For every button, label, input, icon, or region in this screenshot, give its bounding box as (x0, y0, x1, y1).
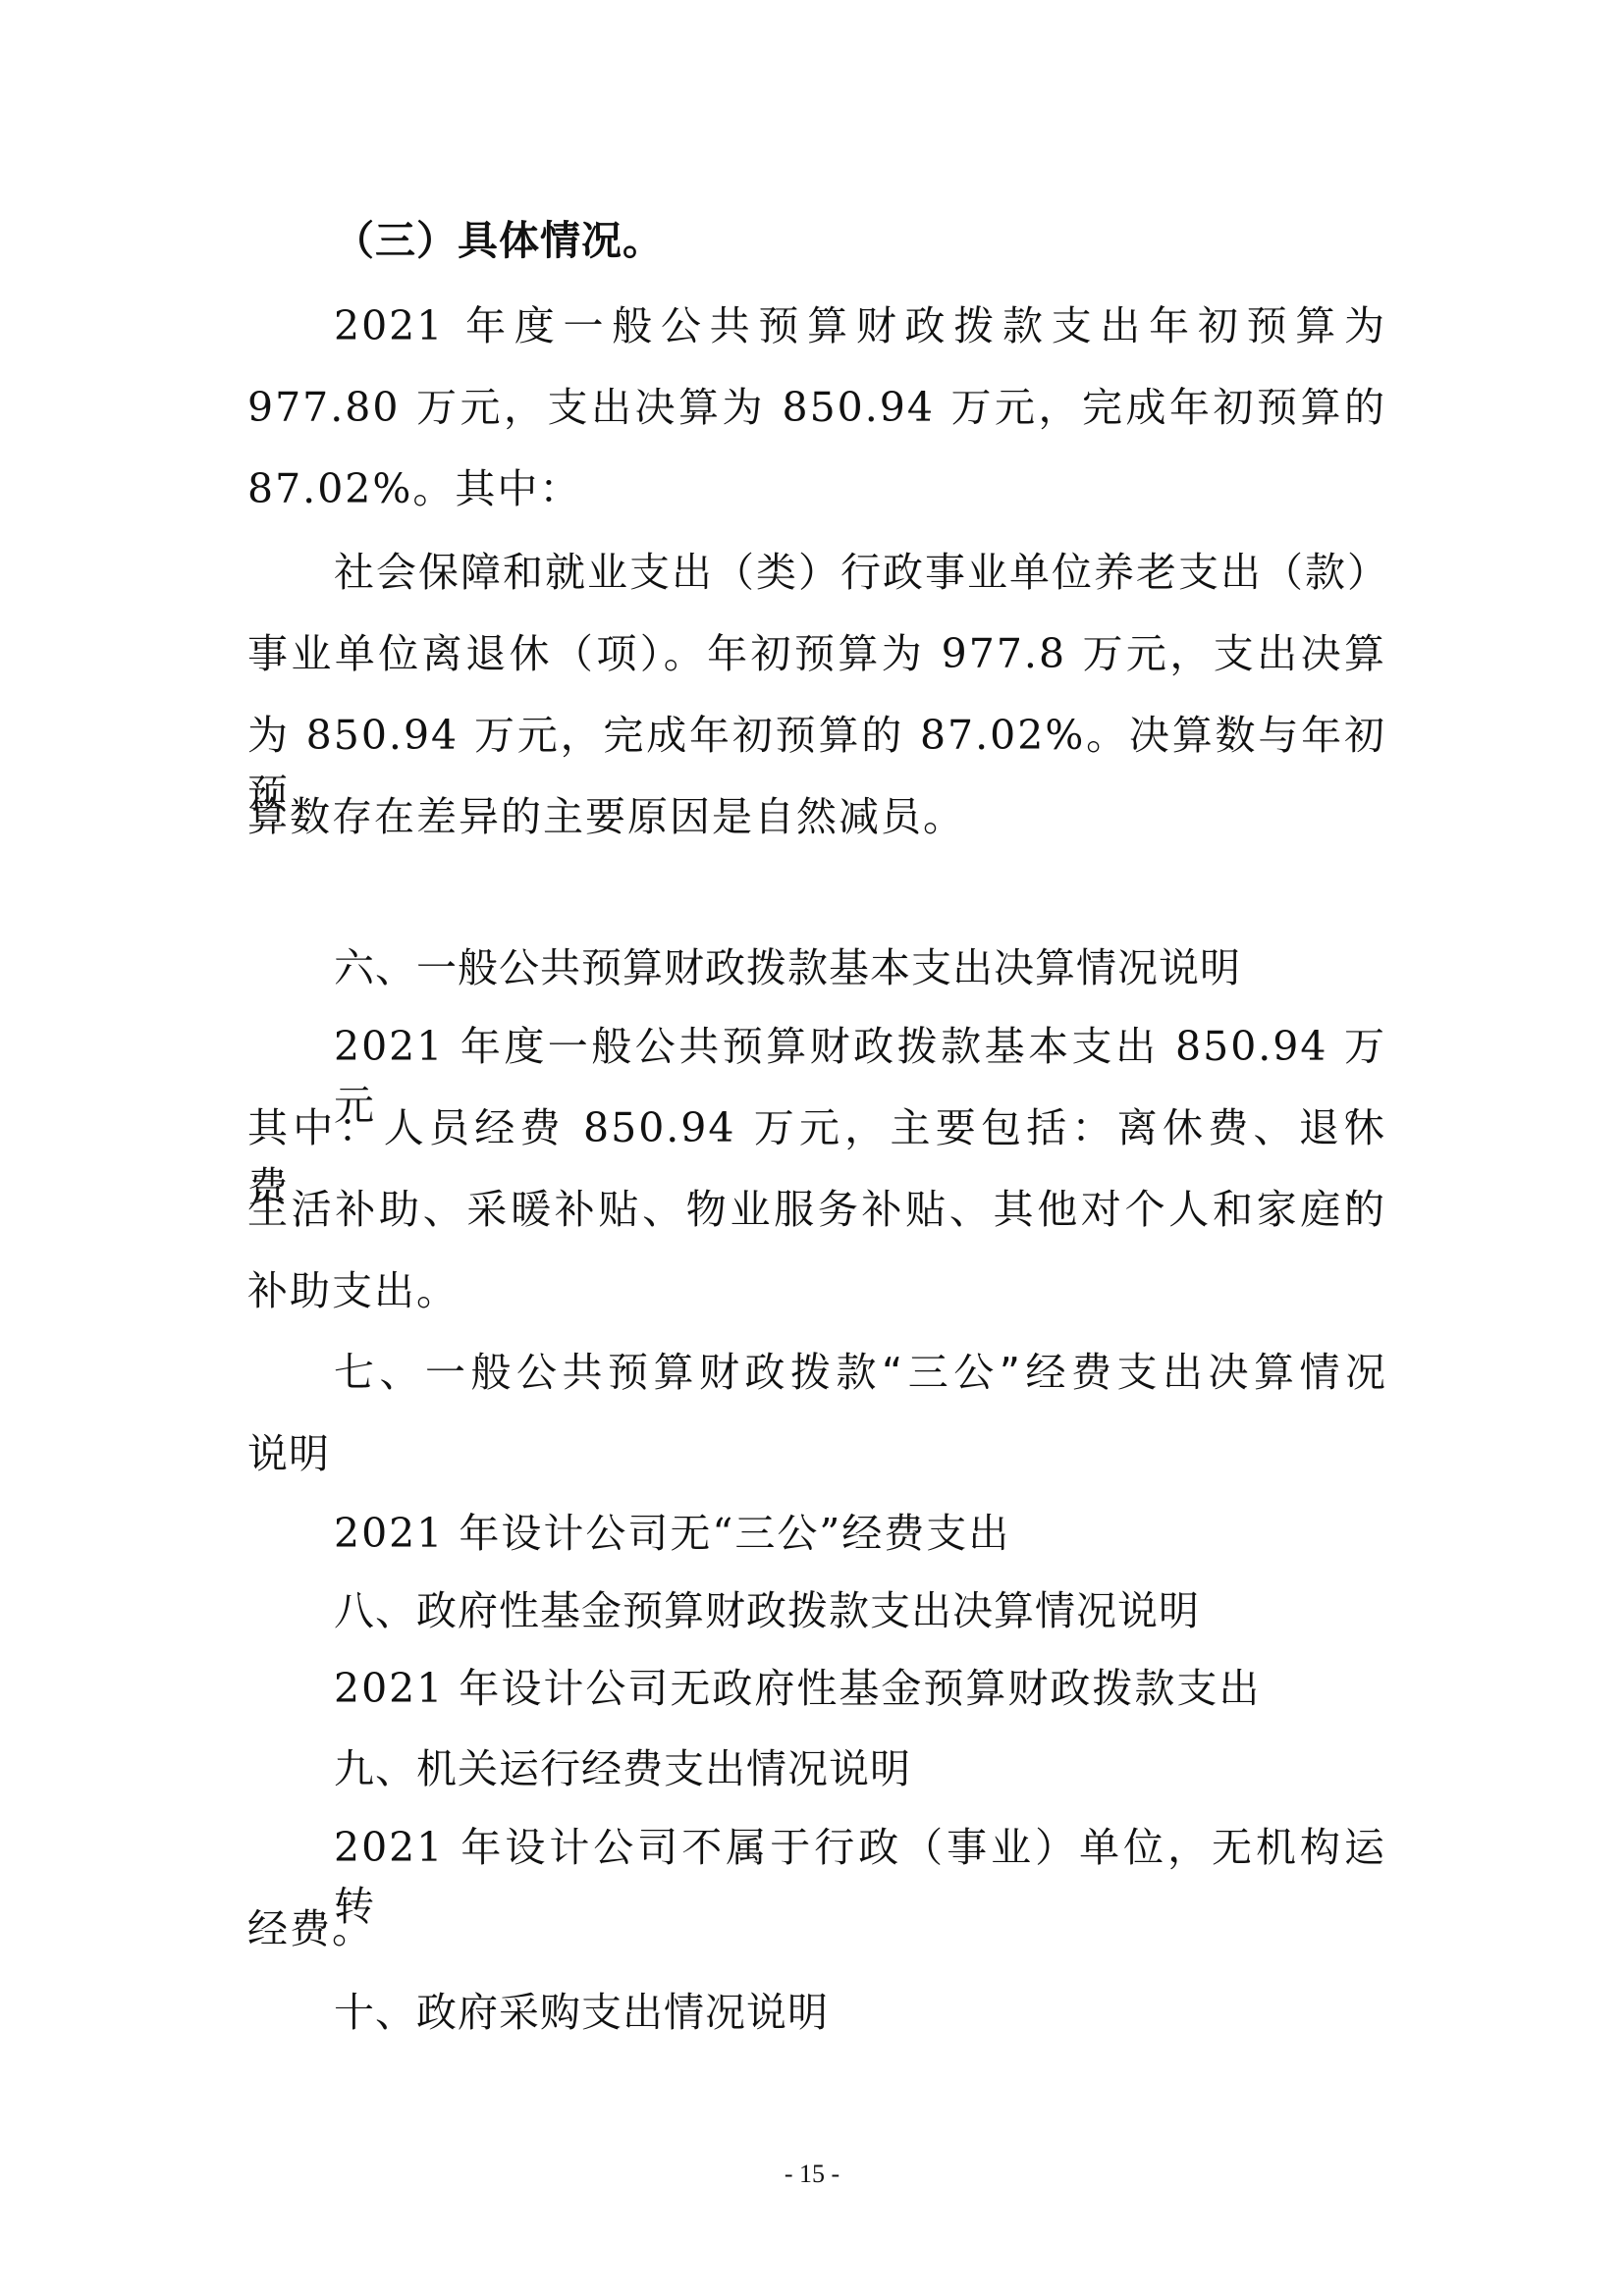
document-page: （三）具体情况。 2021 年度一般公共预算财政拨款支出年初预算为 977.80… (0, 0, 1624, 2296)
paragraph-line: 社会保障和就业支出（类）行政事业单位养老支出（款） (334, 543, 1386, 602)
section-heading: 八、政府性基金预算财政拨款支出决算情况说明 (334, 1581, 1473, 1640)
page-number: - 15 - (0, 2160, 1624, 2189)
paragraph-line: 2021 年设计公司无“三公”经费支出 (334, 1504, 1473, 1563)
section-heading: 十、政府采购支出情况说明 (334, 1983, 1473, 2042)
paragraph-line: 977.80 万元，支出决算为 850.94 万元，完成年初预算的 (247, 378, 1386, 437)
subsection-heading: （三）具体情况。 (334, 211, 1473, 270)
paragraph-line: 生活补助、采暖补贴、物业服务补贴、其他对个人和家庭的 (247, 1180, 1386, 1239)
section-heading: 六、一般公共预算财政拨款基本支出决算情况说明 (334, 938, 1473, 997)
paragraph-line: 87.02%。其中： (247, 459, 1386, 518)
section-heading: 七、一般公共预算财政拨款“三公”经费支出决算情况 (334, 1343, 1386, 1402)
paragraph-line: 2021 年设计公司无政府性基金预算财政拨款支出 (334, 1659, 1473, 1718)
section-heading: 九、机关运行经费支出情况说明 (334, 1739, 1473, 1798)
paragraph-line: 经费。 (247, 1899, 1386, 1958)
paragraph-line: 补助支出。 (247, 1261, 1386, 1320)
paragraph-line: 算数存在差异的主要原因是自然减员。 (247, 787, 1386, 846)
paragraph-line: 事业单位离退休（项）。年初预算为 977.8 万元，支出决算 (247, 624, 1386, 683)
section-heading-continuation: 说明 (247, 1424, 1386, 1483)
paragraph-line: 2021 年度一般公共预算财政拨款支出年初预算为 (334, 296, 1386, 355)
